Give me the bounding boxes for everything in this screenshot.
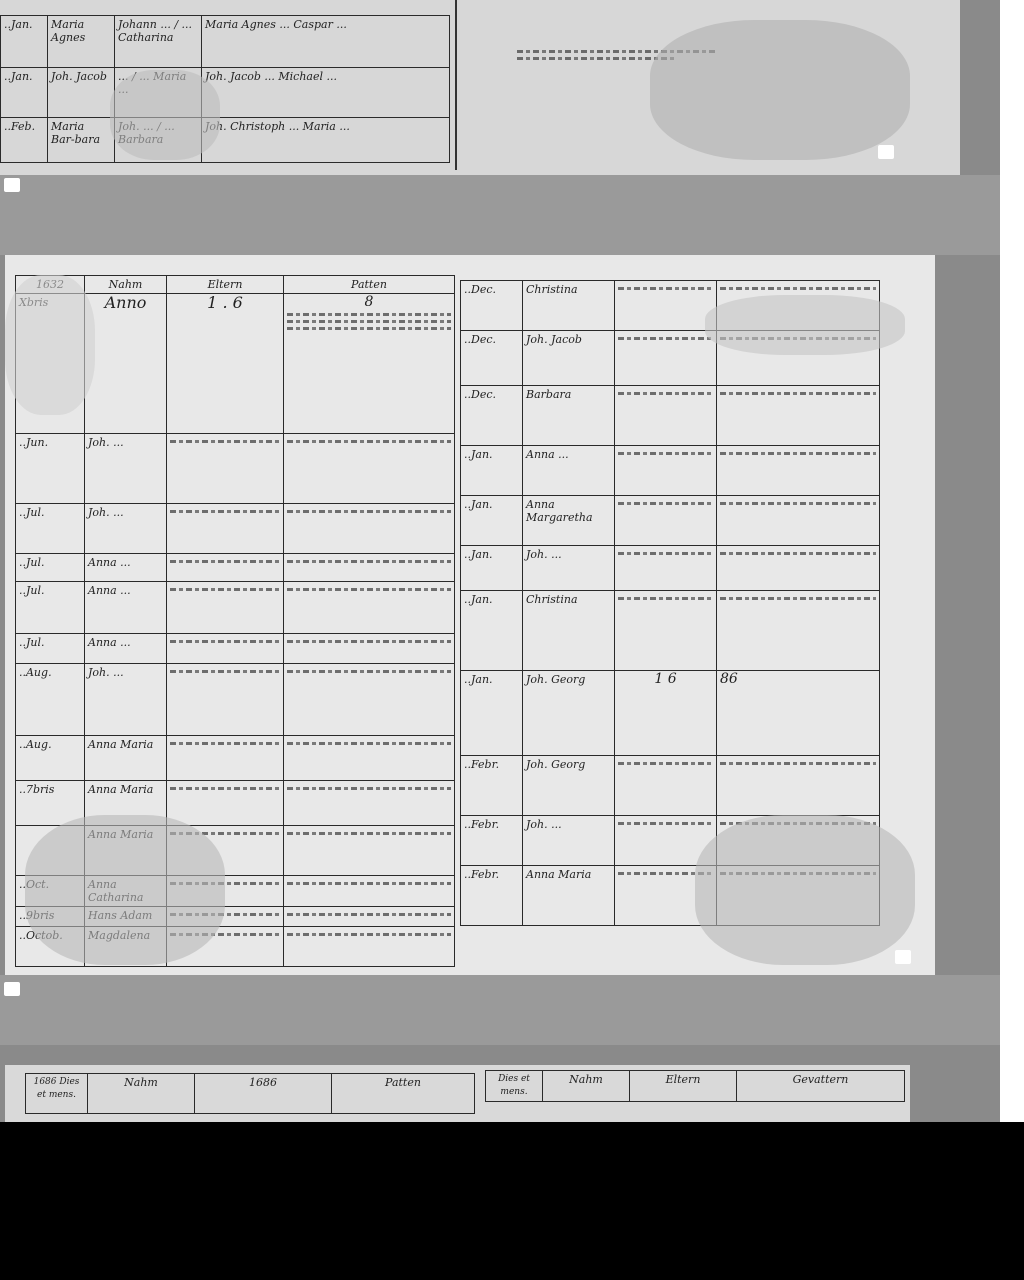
entry-date: ..Febr. [461, 816, 523, 866]
illegible-text [287, 588, 451, 591]
illegible-text [287, 320, 451, 323]
header-parents: Eltern [167, 276, 284, 294]
frame-mark [878, 145, 894, 159]
illegible-text [720, 287, 876, 290]
entry-date: ..Dec. [461, 331, 523, 386]
microfilm-frame: ..Jan. Maria Agnes Johann ... / ... Cath… [0, 0, 1000, 1122]
entry-name: Anna Maria [523, 866, 615, 926]
table-row: ..Jul.Joh. ... [16, 504, 455, 554]
table-row: ..Jul.Anna ... [16, 582, 455, 634]
illegible-text [720, 762, 876, 765]
bottom-right-header: Dies et mens. Nahm Eltern Gevattern [485, 1070, 905, 1102]
digit: 6 [668, 671, 677, 687]
illegible-text [720, 452, 876, 455]
digit: 1 [207, 293, 217, 312]
entry-date: ..Jul. [16, 582, 85, 634]
entry-date: ..Jan. [1, 16, 48, 68]
entry-name: Joh. Georg [523, 671, 615, 756]
digit: 8 [263, 1076, 270, 1089]
entry-name: Joh. ... [85, 434, 167, 504]
illegible-text [287, 913, 451, 916]
illegible-text [170, 510, 280, 513]
illegible-text [287, 787, 451, 790]
damage-stain [695, 815, 915, 965]
entry-date: ..Feb. [1, 118, 48, 163]
entry-name: Joh. ... [523, 816, 615, 866]
digit: 8 [365, 294, 374, 310]
digit: 6 [729, 671, 738, 687]
entry-name: Anna ... [85, 582, 167, 634]
table-row: ..Aug.Joh. ... [16, 664, 455, 736]
top-left-table: ..Jan. Maria Agnes Johann ... / ... Cath… [0, 15, 450, 163]
entry-date: ..Jan. [1, 68, 48, 118]
table-row: ..Jun.Joh. ... [16, 434, 455, 504]
entry-name: Joh. ... [85, 664, 167, 736]
illegible-text [618, 337, 713, 340]
year-digits: 1 6 [615, 671, 717, 756]
digit: 1 [654, 671, 663, 687]
table-row: ..Jan.Christina [461, 591, 880, 671]
year-label: Anno [85, 294, 167, 434]
entry-date: ..Jan. [461, 671, 523, 756]
illegible-text [720, 597, 876, 600]
damage-stain [110, 70, 220, 160]
digit: 8 [720, 671, 729, 687]
illegible-text [287, 560, 451, 563]
illegible-text [170, 640, 280, 643]
entry-date: ..Jan. [461, 446, 523, 496]
entry-sponsors: Joh. Christoph ... Maria ... [202, 118, 450, 163]
illegible-text [287, 440, 451, 443]
entry-name: Christina [523, 591, 615, 671]
illegible-text [170, 670, 280, 673]
bottom-left-header: 1686 Dies et mens. Nahm 1686 Patten [25, 1073, 475, 1114]
table-row: ..Jan.Anna ... [461, 446, 880, 496]
illegible-text [720, 552, 876, 555]
entry-name: Anna ... [85, 554, 167, 582]
year-digits: 1 . 6 [167, 294, 284, 434]
entry-date: ..Dec. [461, 386, 523, 446]
film-gap [0, 175, 1000, 255]
illegible-text [618, 502, 713, 505]
illegible-text [287, 313, 451, 316]
illegible-text [618, 552, 713, 555]
illegible-text [287, 933, 451, 936]
header-name: Nahm [85, 276, 167, 294]
entry-date: ..Aug. [16, 736, 85, 781]
illegible-text [618, 287, 713, 290]
entry-name: Barbara [523, 386, 615, 446]
scanner-background [0, 1122, 1024, 1280]
table-row: ..Jan. Joh. Jacob ... / ... Maria ... Jo… [1, 68, 450, 118]
illegible-text [618, 762, 713, 765]
table-row: ..Dec.Barbara [461, 386, 880, 446]
entry-name: Joh. ... [523, 546, 615, 591]
table-row: ..Jul.Anna ... [16, 554, 455, 582]
table-row: ..Jan.Joh. Georg1 686 [461, 671, 880, 756]
entry-date: ..Jun. [16, 434, 85, 504]
entry-date: ..Jan. [461, 591, 523, 671]
entry-name: Maria Agnes [48, 16, 115, 68]
top-register-strip: ..Jan. Maria Agnes Johann ... / ... Cath… [0, 0, 960, 175]
entry-date: ..Jan. [461, 546, 523, 591]
header-name: Nahm [543, 1071, 630, 1102]
entry-name: Joh. ... [85, 504, 167, 554]
entry-date: ..Febr. [461, 756, 523, 816]
header-sponsors: Gevattern [737, 1071, 905, 1102]
table-row: ..Feb. Maria Bar-bara Joh. ... / ... Bar… [1, 118, 450, 163]
illegible-text [287, 742, 451, 745]
year-digits: 1686 [195, 1074, 332, 1114]
illegible-text [287, 327, 451, 330]
illegible-text [618, 392, 713, 395]
header-date: Dies et mens. [486, 1071, 543, 1102]
entry-date: ..Dec. [461, 281, 523, 331]
damage-stain [5, 275, 95, 415]
illegible-text [618, 597, 713, 600]
header-sponsors: Patten [284, 276, 455, 294]
entry-date: ..Jul. [16, 634, 85, 664]
entry-date: ..Aug. [16, 664, 85, 736]
bottom-register-strip: 1686 Dies et mens. Nahm 1686 Patten Dies… [5, 1065, 910, 1122]
table-row: ..Aug.Anna Maria [16, 736, 455, 781]
damage-stain [705, 295, 905, 355]
table-row: ..Jan.Joh. ... [461, 546, 880, 591]
entry-date: ..Jan. [461, 496, 523, 546]
damage-stain [25, 815, 225, 965]
entry-name: Anna Maria [85, 736, 167, 781]
entry-sponsors: Joh. Jacob ... Michael ... [202, 68, 450, 118]
illegible-text [287, 640, 451, 643]
frame-mark [4, 178, 20, 192]
illegible-text [720, 502, 876, 505]
illegible-text [170, 742, 280, 745]
illegible-text [170, 560, 280, 563]
entry-name: Joh. Georg [523, 756, 615, 816]
entry-date: ..Jul. [16, 554, 85, 582]
frame-mark [895, 950, 911, 964]
illegible-text [170, 588, 280, 591]
entry-name: Maria Bar-bara [48, 118, 115, 163]
header-name: Nahm [88, 1074, 195, 1114]
illegible-text [720, 392, 876, 395]
table-row: ..Jul.Anna ... [16, 634, 455, 664]
digit: 1 [249, 1076, 256, 1089]
illegible-text [287, 882, 451, 885]
entry-sponsors: Maria Agnes ... Caspar ... [202, 16, 450, 68]
illegible-text [287, 510, 451, 513]
table-row: ..Jan.Anna Margaretha [461, 496, 880, 546]
header-row: Dies et mens. Nahm Eltern Gevattern [486, 1071, 905, 1102]
digit: 6 [233, 293, 243, 312]
entry-name: Christina [523, 281, 615, 331]
entry-date: ..Jul. [16, 504, 85, 554]
entry-name: Joh. Jacob [48, 68, 115, 118]
table-row: ..Jan. Maria Agnes Johann ... / ... Cath… [1, 16, 450, 68]
illegible-text [618, 452, 713, 455]
header-sponsors: Patten [332, 1074, 475, 1114]
year-digit-8: 8 [284, 294, 455, 434]
film-gap [0, 975, 1000, 1045]
frame-mark [4, 982, 20, 996]
header-parents: Eltern [630, 1071, 737, 1102]
entry-name: Anna Margaretha [523, 496, 615, 546]
entry-name: Joh. Jacob [523, 331, 615, 386]
entry-name: Anna ... [523, 446, 615, 496]
entry-parents: Johann ... / ... Catharina [115, 16, 202, 68]
main-register-spread: 1632 Nahm Eltern Patten Xbris Anno 1 . 6… [5, 255, 935, 975]
illegible-text [170, 787, 280, 790]
year-digits: 86 [717, 671, 880, 756]
entry-date: ..Febr. [461, 866, 523, 926]
entry-name: Anna ... [85, 634, 167, 664]
damage-stain [650, 20, 910, 160]
table-row: ..Febr.Joh. Georg [461, 756, 880, 816]
illegible-text [618, 822, 713, 825]
illegible-text [170, 440, 280, 443]
digit: 6 [270, 1076, 277, 1089]
illegible-text [287, 832, 451, 835]
film-edge [1000, 0, 1024, 1122]
illegible-text [517, 57, 677, 60]
digit: 6 [256, 1076, 263, 1089]
header-row: 1686 Dies et mens. Nahm 1686 Patten [26, 1074, 475, 1114]
illegible-text [287, 670, 451, 673]
header-date: 1686 Dies et mens. [26, 1074, 88, 1114]
